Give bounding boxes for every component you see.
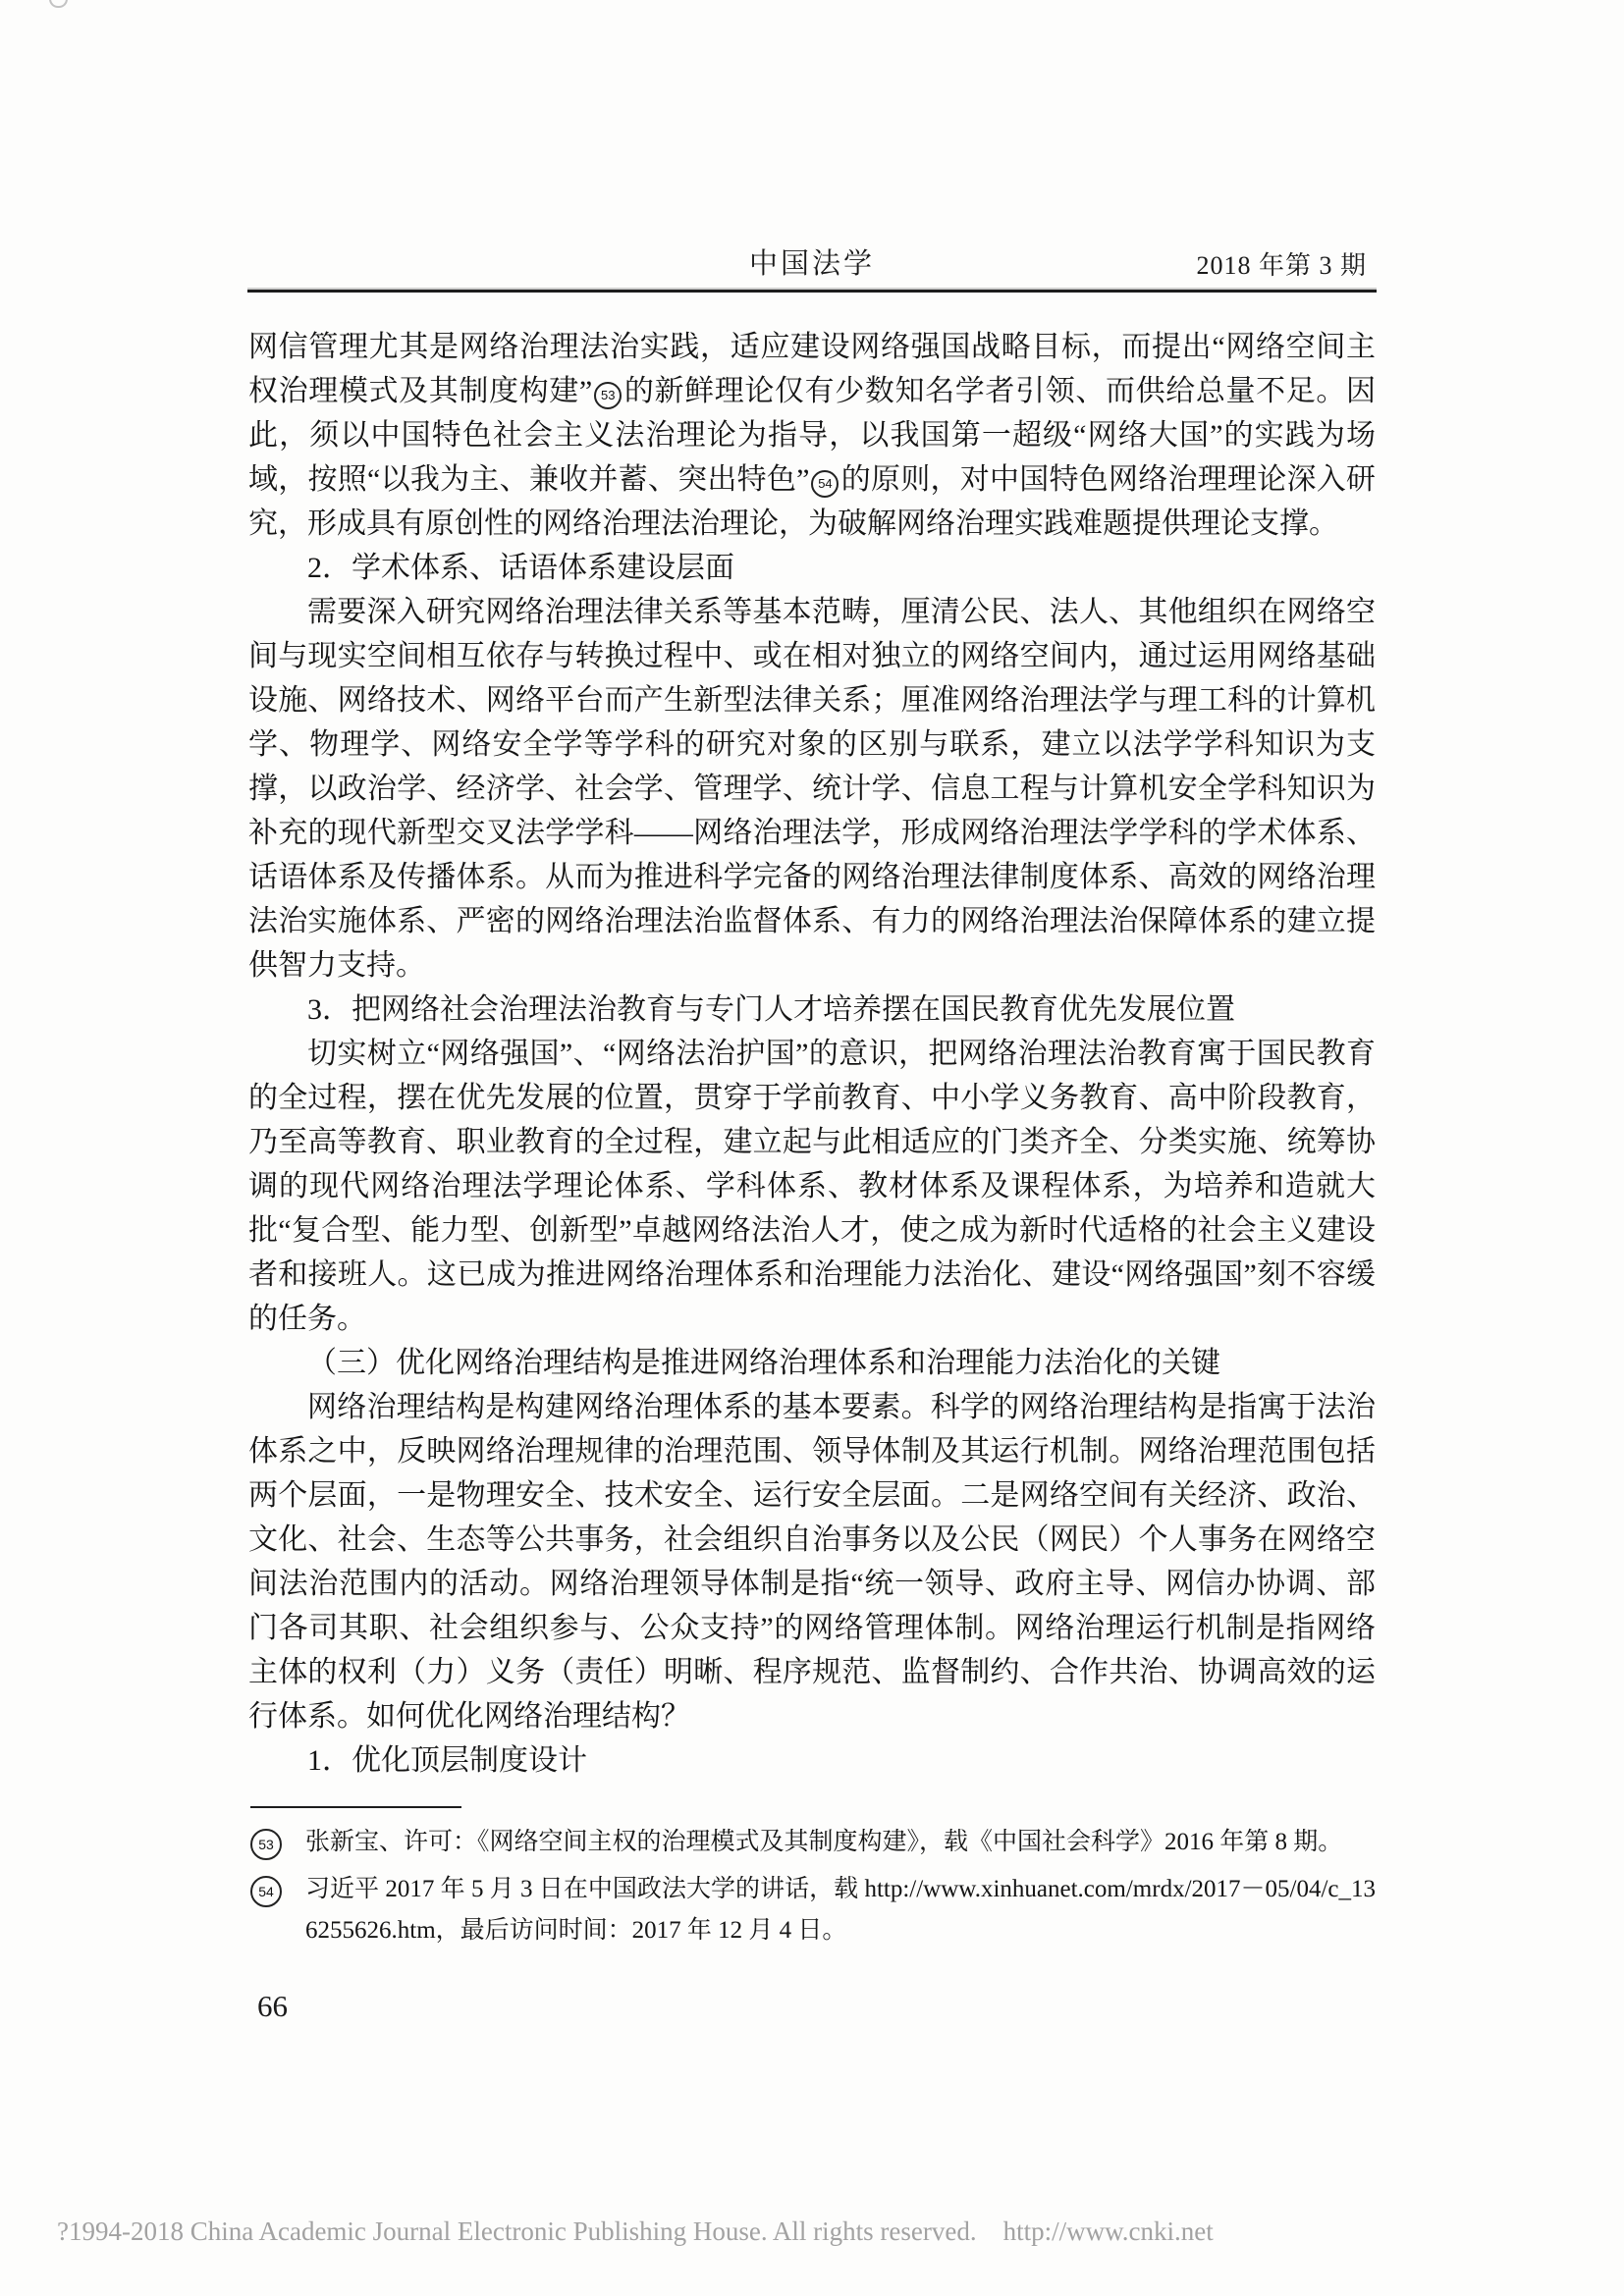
issue-label: 2018 年第 3 期 [1196,245,1367,282]
paragraph-theory: 网信管理尤其是网络治理法治实践，适应建设网络强国战略目标，而提出“网络空间主权治… [248,325,1376,546]
heading-academic-system: 2．学术体系、话语体系建设层面 [248,546,1376,590]
paragraph-governance-structure: 网络治理结构是构建网络治理体系的基本要素。科学的网络治理结构是指寓于法治体系之中… [248,1385,1376,1738]
heading-governance-structure: （三）优化网络治理结构是推进网络治理体系和治理能力法治化的关键 [248,1341,1376,1385]
footnote-54-marker: 54 [250,1876,282,1907]
page-number: 66 [257,1989,288,2024]
footnotes: 53 张新宝、许可：《网络空间主权的治理模式及其制度构建》，载《中国社会科学》2… [248,1822,1376,1951]
footnote-ref-53: 53 [594,382,622,409]
footnote-53-text: 张新宝、许可：《网络空间主权的治理模式及其制度构建》，载《中国社会科学》2016… [305,1822,1376,1863]
footnote-53-marker: 53 [250,1829,282,1860]
footnote-54-text: 习近平 2017 年 5 月 3 日在中国政法大学的讲话，载 http://ww… [305,1869,1376,1951]
footnote-separator [250,1806,461,1808]
scan-artifact [49,0,68,8]
footnote-ref-54: 54 [811,470,839,498]
footnote-53: 53 张新宝、许可：《网络空间主权的治理模式及其制度构建》，载《中国社会科学》2… [248,1822,1376,1863]
paragraph-academic-system: 需要深入研究网络治理法律关系等基本范畴，厘清公民、法人、其他组织在网络空间与现实… [248,590,1376,988]
header-rule [247,290,1377,293]
article-body: 网信管理尤其是网络治理法治实践，适应建设网络强国战略目标，而提出“网络空间主权治… [248,325,1376,1951]
cnki-watermark: ?1994-2018 China Academic Journal Electr… [57,2216,1214,2247]
heading-education: 3．把网络社会治理法治教育与专门人才培养摆在国民教育优先发展位置 [248,988,1376,1032]
heading-top-level-design: 1．优化顶层制度设计 [248,1738,1376,1783]
footnote-54: 54 习近平 2017 年 5 月 3 日在中国政法大学的讲话，载 http:/… [248,1869,1376,1951]
paragraph-education: 切实树立“网络强国”、“网络法治护国”的意识，把网络治理法治教育寓于国民教育的全… [248,1032,1376,1341]
